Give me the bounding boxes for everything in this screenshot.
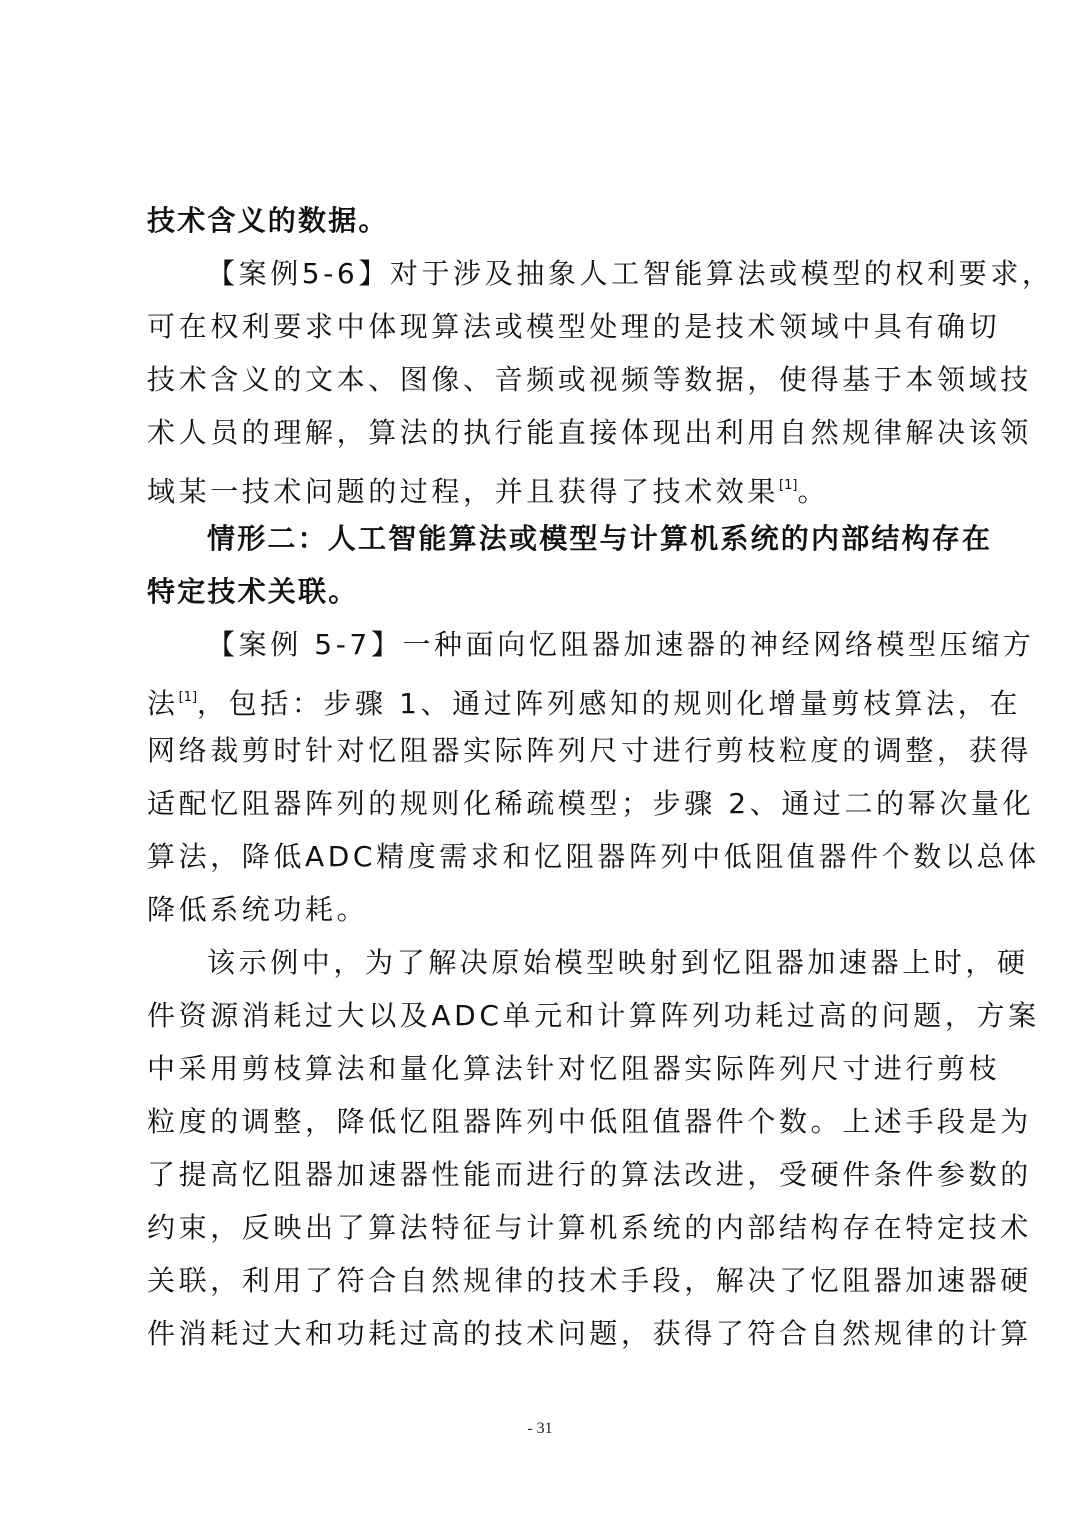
- text-line: 【案例5-6】对于涉及抽象人工智能算法或模型的权利要求，: [207, 257, 1007, 291]
- section-heading: 特定技术关联。: [147, 575, 947, 609]
- text-line: 域某一技术问题的过程，并且获得了技术效果[1]。: [147, 469, 947, 509]
- text-line: 术人员的理解，算法的执行能直接体现出利用自然规律解决该领: [147, 416, 947, 450]
- line-text: ，包括：步骤 1、通过阵列感知的规则化增量剪枝算法，在: [197, 687, 1021, 720]
- line-text: 域某一技术问题的过程，并且获得了技术效果: [147, 475, 779, 508]
- text-line: 中采用剪枝算法和量化算法针对忆阻器实际阵列尺寸进行剪枝: [147, 1052, 947, 1086]
- text-line: 【案例 5-7】一种面向忆阻器加速器的神经网络模型压缩方: [207, 628, 1007, 662]
- citation-ref: [1]: [779, 478, 797, 493]
- text-line: 约束，反映出了算法特征与计算机系统的内部结构存在特定技术: [147, 1211, 947, 1245]
- text-line: 粒度的调整，降低忆阻器阵列中低阻值器件个数。上述手段是为: [147, 1105, 947, 1139]
- citation-ref: [1]: [179, 690, 197, 705]
- text-line: 法[1]，包括：步骤 1、通过阵列感知的规则化增量剪枝算法，在: [147, 681, 947, 721]
- text-line: 件消耗过大和功耗过高的技术问题，获得了符合自然规律的计算: [147, 1317, 947, 1351]
- page-number: - 31: [0, 1420, 1080, 1438]
- text-line: 该示例中，为了解决原始模型映射到忆阻器加速器上时，硬: [207, 946, 1007, 980]
- text-line: 降低系统功耗。: [147, 893, 947, 927]
- line-text: 。: [797, 475, 829, 508]
- text-line: 适配忆阻器阵列的规则化稀疏模型；步骤 2、通过二的幂次量化: [147, 787, 947, 821]
- text-line: 关联，利用了符合自然规律的技术手段，解决了忆阻器加速器硬: [147, 1264, 947, 1298]
- document-page: 技术含义的数据。 【案例5-6】对于涉及抽象人工智能算法或模型的权利要求， 可在…: [0, 0, 1080, 1527]
- text-line: 网络裁剪时针对忆阻器实际阵列尺寸进行剪枝粒度的调整，获得: [147, 734, 947, 768]
- section-heading: 情形二：人工智能算法或模型与计算机系统的内部结构存在: [207, 522, 1007, 556]
- text-line: 件资源消耗过大以及ADC单元和计算阵列功耗过高的问题，方案: [147, 999, 947, 1033]
- text-line: 技术含义的数据。: [147, 204, 947, 238]
- text-line: 技术含义的文本、图像、音频或视频等数据，使得基于本领域技: [147, 363, 947, 397]
- text-line: 算法，降低ADC精度需求和忆阻器阵列中低阻值器件个数以总体: [147, 840, 947, 874]
- text-line: 可在权利要求中体现算法或模型处理的是技术领域中具有确切: [147, 310, 947, 344]
- text-line: 了提高忆阻器加速器性能而进行的算法改进，受硬件条件参数的: [147, 1158, 947, 1192]
- line-text: 法: [147, 687, 179, 720]
